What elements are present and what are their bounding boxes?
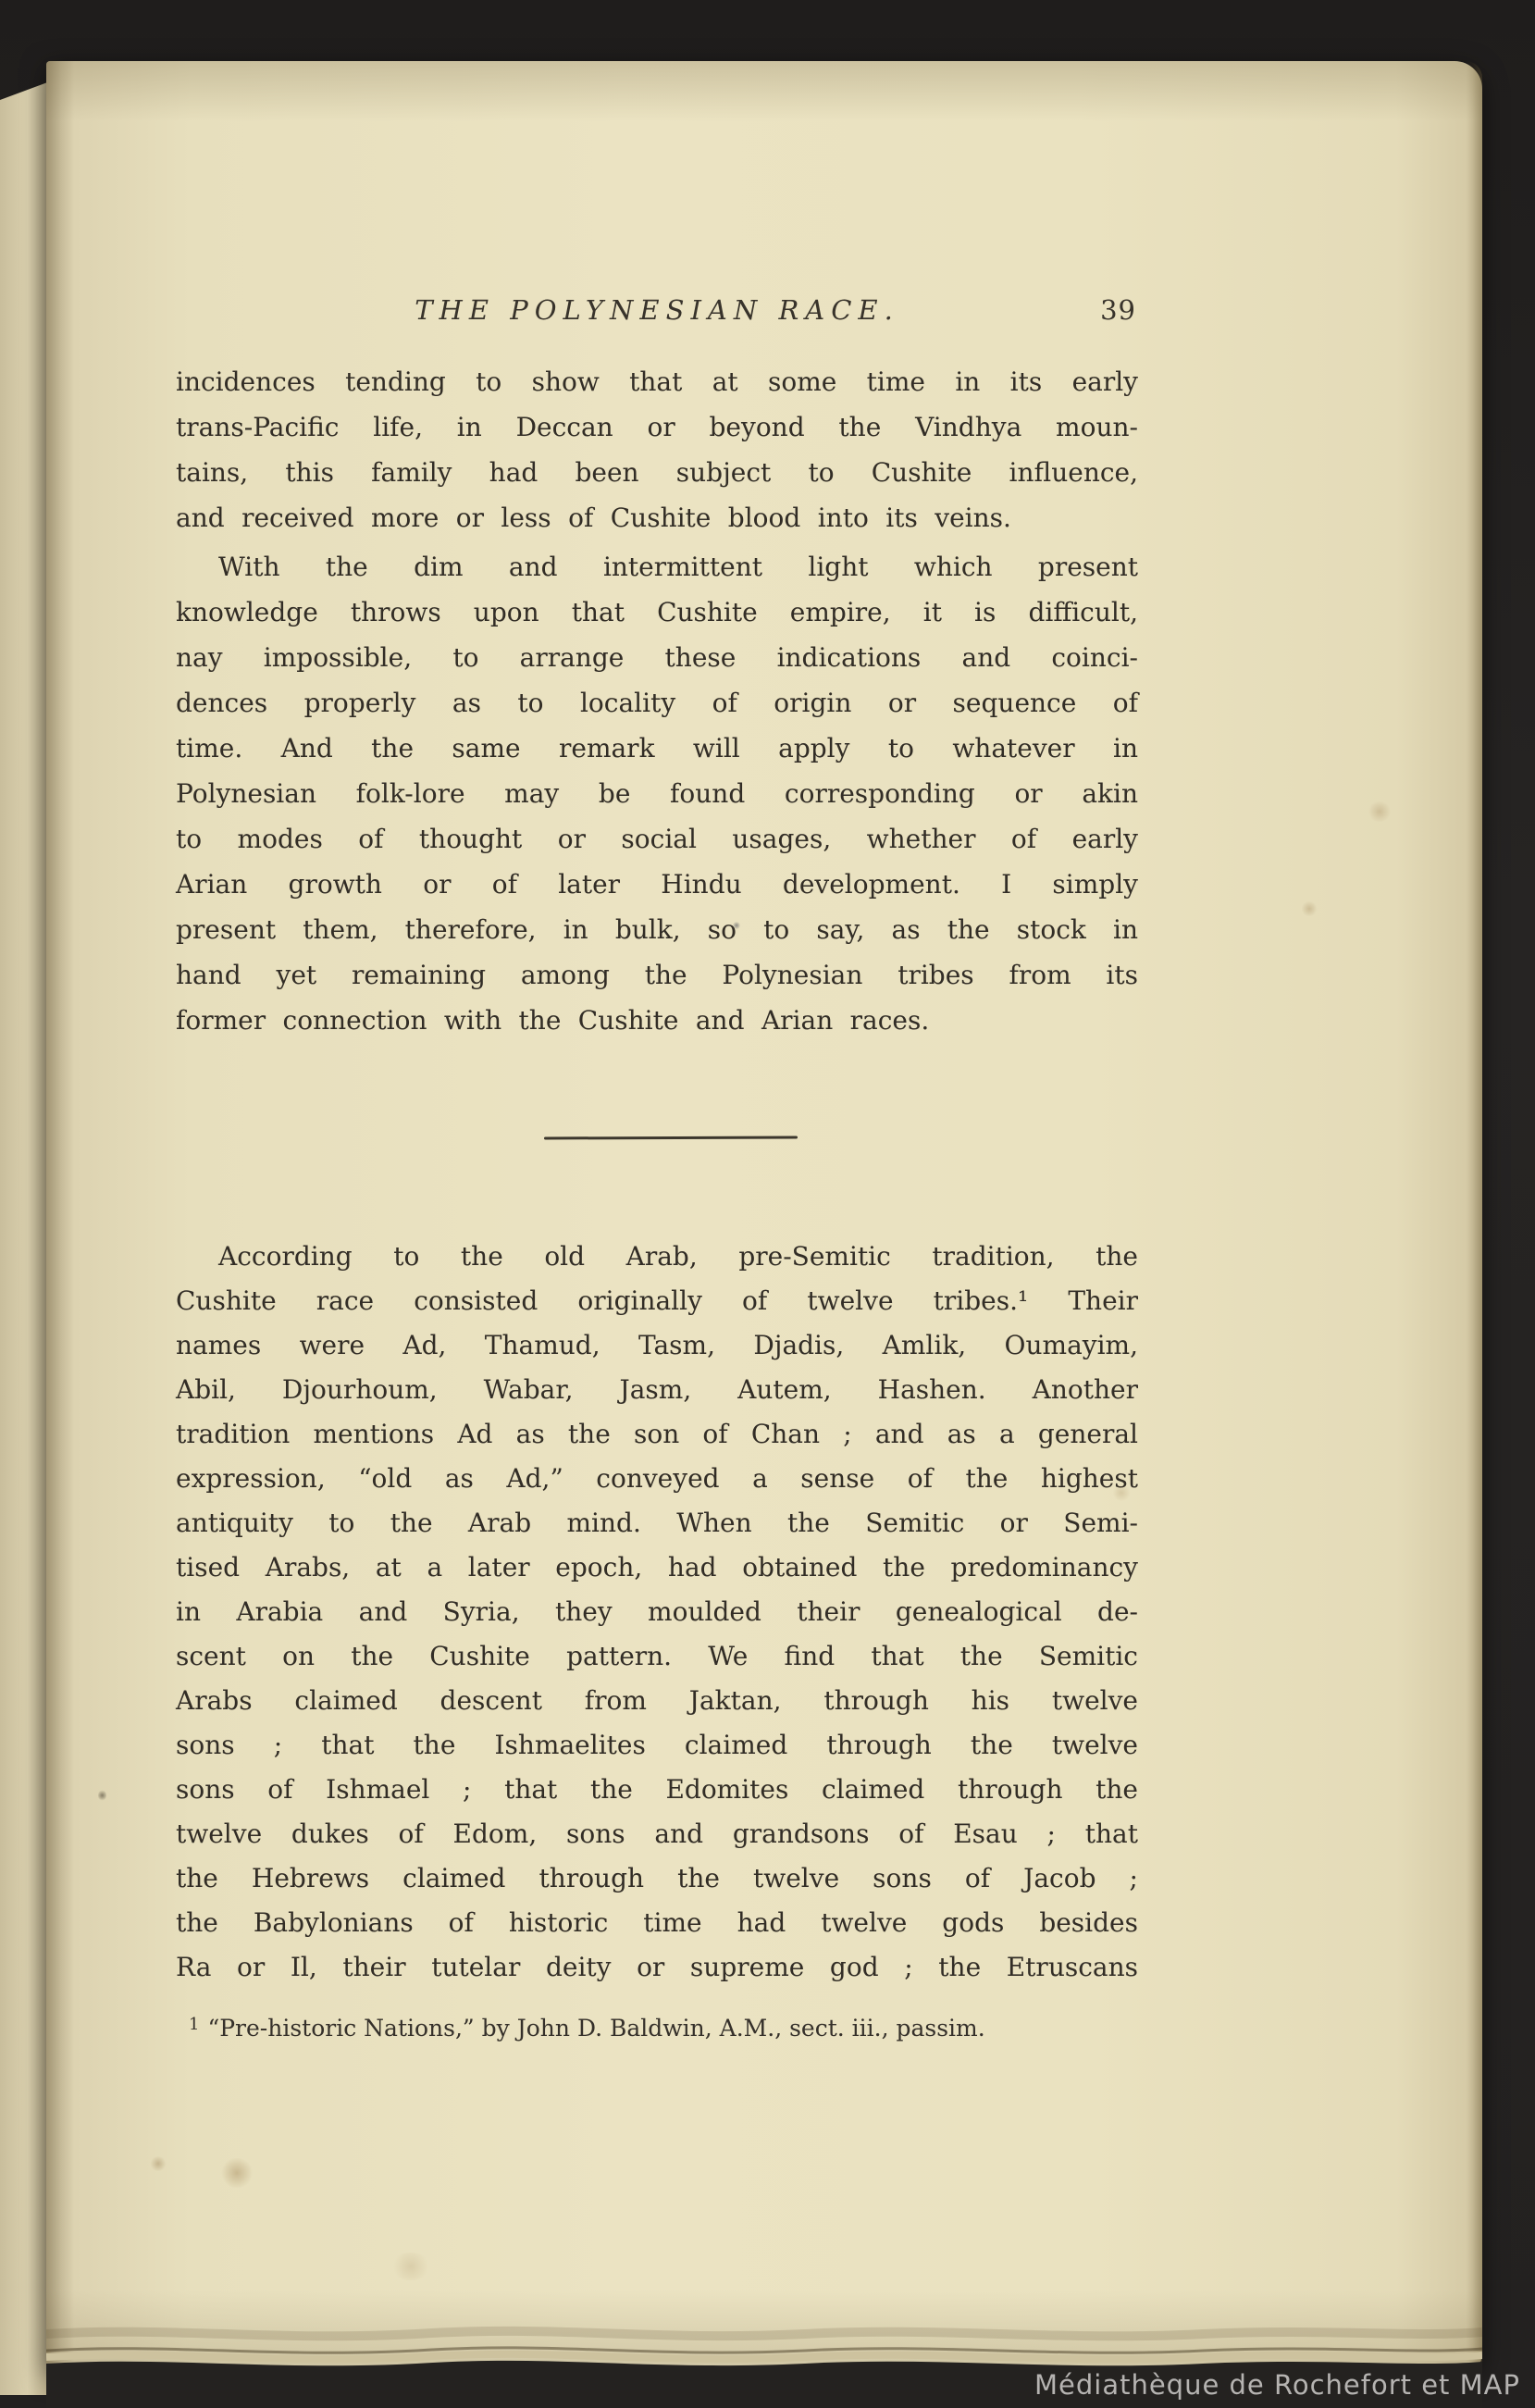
- body-line: According to the old Arab, pre-Semitic t…: [176, 1235, 1138, 1279]
- foxing-stain: [1301, 901, 1318, 916]
- body-line: trans-Pacific life, in Deccan or beyond …: [176, 404, 1138, 450]
- foxing-stain: [220, 2158, 254, 2188]
- body-line: tains, this family had been subject to C…: [176, 450, 1138, 495]
- body-line: names were Ad, Thamud, Tasm, Djadis, Aml…: [176, 1323, 1138, 1368]
- body-line: to modes of thought or social usages, wh…: [176, 816, 1138, 862]
- page-header-title: THE POLYNESIAN RACE.: [176, 293, 1138, 327]
- footnote-text: “Pre-historic Nations,” by John D. Baldw…: [207, 2015, 984, 2042]
- body-line: incidences tending to show that at some …: [176, 359, 1138, 404]
- body-line: expression, “old as Ad,” conveyed a sens…: [176, 1457, 1138, 1501]
- body-line: Ra or Il, their tutelar deity or supreme…: [176, 1945, 1138, 1990]
- running-header: THE POLYNESIAN RACE. 39: [176, 293, 1138, 327]
- body-line: nay impossible, to arrange these indicat…: [176, 635, 1138, 680]
- body-line: the Babylonians of historic time had twe…: [176, 1901, 1138, 1945]
- body-line: Arian growth or of later Hindu developme…: [176, 862, 1138, 907]
- ink-speck: [98, 1790, 106, 1801]
- paragraph-2: With the dim and intermittent light whic…: [176, 544, 1138, 1043]
- body-line: dences properly as to locality of origin…: [176, 680, 1138, 726]
- body-line: Cushite race consisted originally of twe…: [176, 1279, 1138, 1323]
- body-line: sons of Ishmael ; that the Edomites clai…: [176, 1768, 1138, 1812]
- body-line: present them, therefore, in bulk, so to …: [176, 907, 1138, 952]
- scanned-book-photo: THE POLYNESIAN RACE. 39 incidences tendi…: [0, 0, 1535, 2408]
- body-line: the Hebrews claimed through the twelve s…: [176, 1856, 1138, 1901]
- body-line: With the dim and intermittent light whic…: [176, 544, 1138, 590]
- library-watermark: Médiathèque de Rochefort et MAP: [1034, 2369, 1520, 2401]
- section-divider-rule: [544, 1136, 798, 1140]
- adjacent-page-edge: [0, 81, 50, 2395]
- body-line: in Arabia and Syria, they moulded their …: [176, 1590, 1138, 1634]
- paragraph-1: incidences tending to show that at some …: [176, 359, 1138, 540]
- book-page: THE POLYNESIAN RACE. 39 incidences tendi…: [46, 61, 1482, 2371]
- body-line: and received more or less of Cushite blo…: [176, 495, 1138, 540]
- body-line: hand yet remaining among the Polynesian …: [176, 952, 1138, 998]
- body-line: time. And the same remark will apply to …: [176, 726, 1138, 771]
- foxing-stain: [150, 2156, 167, 2171]
- body-line: knowledge throws upon that Cushite empir…: [176, 590, 1138, 635]
- page-number: 39: [1100, 293, 1136, 327]
- body-line: sons ; that the Ishmaelites claimed thro…: [176, 1723, 1138, 1768]
- footnote: 1“Pre-historic Nations,” by John D. Bald…: [189, 2007, 1142, 2046]
- body-line: tised Arabs, at a later epoch, had obtai…: [176, 1545, 1138, 1590]
- body-line: Abil, Djourhoum, Wabar, Jasm, Autem, Has…: [176, 1368, 1138, 1412]
- foxing-stain: [390, 2253, 431, 2280]
- foxing-stain: [1368, 801, 1392, 822]
- body-line: former connection with the Cushite and A…: [176, 998, 1138, 1043]
- body-line: antiquity to the Arab mind. When the Sem…: [176, 1501, 1138, 1545]
- paragraph-3: According to the old Arab, pre-Semitic t…: [176, 1235, 1138, 1990]
- body-line: tradition mentions Ad as the son of Chan…: [176, 1412, 1138, 1457]
- footnote-marker: 1: [189, 2015, 199, 2034]
- body-line: Arabs claimed descent from Jaktan, throu…: [176, 1679, 1138, 1723]
- body-line: scent on the Cushite pattern. We find th…: [176, 1634, 1138, 1679]
- body-line: Polynesian folk-lore may be found corres…: [176, 771, 1138, 816]
- body-line: twelve dukes of Edom, sons and grandsons…: [176, 1812, 1138, 1856]
